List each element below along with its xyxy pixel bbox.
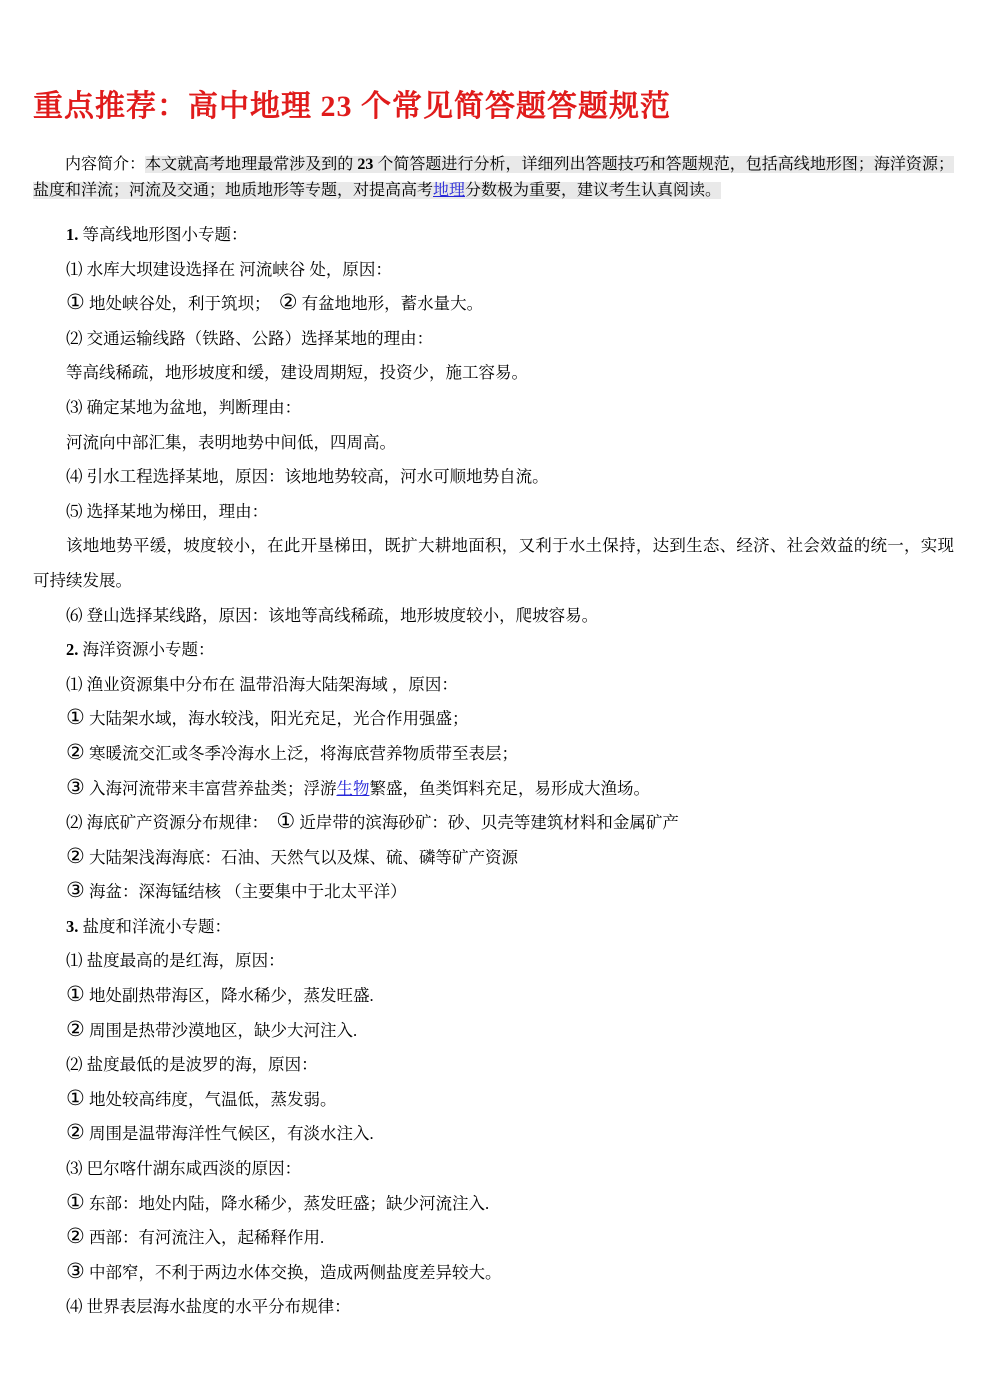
paragraph: ⑴ 渔业资源集中分布在 温带沿海大陆架海域 ，原因：	[33, 668, 954, 703]
paragraph: ② 周围是温带海洋性气候区，有淡水注入.	[33, 1117, 954, 1152]
paragraph: 该地地势平缓，坡度较小，在此开垦梯田，既扩大耕地面积，又利于水土保持，达到生态、…	[33, 529, 954, 598]
text-run: 地处峡谷处，利于筑坝；	[85, 294, 279, 313]
paragraph: ⑹ 登山选择某线路，原因：该地等高线稀疏，地形坡度较小，爬坡容易。	[33, 599, 954, 634]
text-run: 地处副热带海区，降水稀少，蒸发旺盛.	[85, 986, 374, 1005]
text-run: 有盆地地形，蓄水量大。	[298, 294, 484, 313]
text-run: 海盆：深海锰结核 （主要集中于北太平洋）	[85, 882, 407, 901]
circled-number: ②	[66, 1120, 85, 1144]
paragraph: ① 地处峡谷处，利于筑坝； ② 有盆地地形，蓄水量大。	[33, 287, 954, 322]
paragraph: ② 大陆架浅海海底：石油、天然气以及煤、硫、磷等矿产资源	[33, 841, 954, 876]
paragraph: ⑴ 盐度最高的是红海，原因：	[33, 944, 954, 979]
text-run: 23	[357, 156, 373, 173]
paragraph: 1. 等高线地形图小专题：	[33, 218, 954, 253]
text-run: 3.	[66, 917, 78, 936]
paragraph: ⑷ 引水工程选择某地，原因：该地地势较高，河水可顺地势自流。	[33, 460, 954, 495]
paragraph: ② 周围是热带沙漠地区，缺少大河注入.	[33, 1014, 954, 1049]
text-run: 西部：有河流注入，起稀释作用.	[85, 1228, 324, 1247]
text-run: ⑷ 引水工程选择某地，原因：该地地势较高，河水可顺地势自流。	[66, 467, 549, 486]
text-run: 内容简介：	[65, 156, 145, 173]
circled-number: ②	[66, 740, 85, 764]
paragraph: ① 地处较高纬度，气温低，蒸发弱。	[33, 1083, 954, 1118]
paragraph: ② 西部：有河流注入，起稀释作用.	[33, 1221, 954, 1256]
inline-link[interactable]: 生物	[336, 779, 369, 798]
paragraph: ① 大陆架水域，海水较浅，阳光充足，光合作用强盛；	[33, 702, 954, 737]
circled-number: ③	[66, 878, 85, 902]
circled-number: ②	[66, 1224, 85, 1248]
text-run: 等高线稀疏，地形坡度和缓，建设周期短，投资少，施工容易。	[66, 363, 528, 382]
text-run: 1.	[66, 225, 78, 244]
paragraph: 等高线稀疏，地形坡度和缓，建设周期短，投资少，施工容易。	[33, 356, 954, 391]
inline-link[interactable]: 地理	[433, 182, 465, 199]
circled-number: ①	[66, 1086, 85, 1110]
paragraph: 3. 盐度和洋流小专题：	[33, 910, 954, 945]
text-run: 入海河流带来丰富营养盐类；浮游	[85, 779, 337, 798]
text-run: 盐度和洋流小专题：	[78, 917, 231, 936]
text-run: 海洋资源小专题：	[78, 640, 214, 659]
paragraph: ⑵ 交通运输线路（铁路、公路）选择某地的理由：	[33, 322, 954, 357]
text-run: 等高线地形图小专题：	[78, 225, 247, 244]
circled-number: ②	[66, 844, 85, 868]
circled-number: ③	[66, 1259, 85, 1283]
text-run: 分数极为重要，建议考生认真阅读。	[465, 182, 721, 199]
text-run: 大陆架水域，海水较浅，阳光充足，光合作用强盛；	[85, 709, 469, 728]
page-title: 重点推荐：高中地理 23 个常见简答题答题规范	[33, 0, 954, 130]
text-run: 大陆架浅海海底：石油、天然气以及煤、硫、磷等矿产资源	[85, 848, 518, 867]
paragraph: ⑶ 巴尔喀什湖东咸西淡的原因：	[33, 1152, 954, 1187]
paragraph: 河流向中部汇集，表明地势中间低，四周高。	[33, 426, 954, 461]
circled-number: ①	[66, 982, 85, 1006]
text-run: ⑶ 巴尔喀什湖东咸西淡的原因：	[66, 1159, 301, 1178]
paragraph: 2. 海洋资源小专题：	[33, 633, 954, 668]
text-run: 周围是热带沙漠地区，缺少大河注入.	[85, 1021, 357, 1040]
text-run: 本文就高考地理最常涉及到的	[145, 156, 357, 173]
document-page: 重点推荐：高中地理 23 个常见简答题答题规范 内容简介：本文就高考地理最常涉及…	[0, 0, 987, 1325]
text-run: 周围是温带海洋性气候区，有淡水注入.	[85, 1124, 374, 1143]
text-run: ⑴ 水库大坝建设选择在 河流峡谷 处，原因：	[66, 260, 392, 279]
text-run: ⑷ 世界表层海水盐度的水平分布规律：	[66, 1297, 351, 1316]
paragraph: ③ 海盆：深海锰结核 （主要集中于北太平洋）	[33, 875, 954, 910]
text-run: 东部：地处内陆，降水稀少，蒸发旺盛；缺少河流注入.	[85, 1194, 489, 1213]
paragraph: ③ 入海河流带来丰富营养盐类；浮游生物繁盛，鱼类饵料充足，易形成大渔场。	[33, 772, 954, 807]
paragraph: ② 寒暖流交汇或冬季冷海水上泛，将海底营养物质带至表层；	[33, 737, 954, 772]
text-run: ⑸ 选择某地为梯田，理由：	[66, 502, 268, 521]
text-run: 近岸带的滨海砂矿：砂、贝壳等建筑材料和金属矿产	[295, 813, 679, 832]
circled-number: ②	[279, 290, 298, 314]
text-run: 河流向中部汇集，表明地势中间低，四周高。	[66, 433, 396, 452]
text-run: ⑵ 交通运输线路（铁路、公路）选择某地的理由：	[66, 329, 433, 348]
text-run: 2.	[66, 640, 78, 659]
text-run: 寒暖流交汇或冬季冷海水上泛，将海底营养物质带至表层；	[85, 744, 518, 763]
circled-number: ②	[66, 1017, 85, 1041]
paragraph: ⑴ 水库大坝建设选择在 河流峡谷 处，原因：	[33, 253, 954, 288]
paragraph: ① 地处副热带海区，降水稀少，蒸发旺盛.	[33, 979, 954, 1014]
text-run: ⑹ 登山选择某线路，原因：该地等高线稀疏，地形坡度较小，爬坡容易。	[66, 606, 598, 625]
paragraph: ⑸ 选择某地为梯田，理由：	[33, 495, 954, 530]
text-run: 繁盛，鱼类饵料充足，易形成大渔场。	[369, 779, 650, 798]
paragraph: ③ 中部窄，不利于两边水体交换，造成两侧盐度差异较大。	[33, 1256, 954, 1291]
paragraph: ⑵ 海底矿产资源分布规律： ① 近岸带的滨海砂矿：砂、贝壳等建筑材料和金属矿产	[33, 806, 954, 841]
paragraph: ⑵ 盐度最低的是波罗的海，原因：	[33, 1048, 954, 1083]
paragraph: ⑷ 世界表层海水盐度的水平分布规律：	[33, 1290, 954, 1325]
circled-number: ①	[66, 290, 85, 314]
circled-number: ①	[276, 809, 295, 833]
paragraph: ① 东部：地处内陆，降水稀少，蒸发旺盛；缺少河流注入.	[33, 1187, 954, 1222]
text-run: ⑴ 渔业资源集中分布在 温带沿海大陆架海域 ，原因：	[66, 675, 458, 694]
document-body: 1. 等高线地形图小专题：⑴ 水库大坝建设选择在 河流峡谷 处，原因：① 地处峡…	[33, 218, 954, 1325]
text-run: 该地地势平缓，坡度较小，在此开垦梯田，既扩大耕地面积，又利于水土保持，达到生态、…	[33, 536, 954, 590]
intro-paragraph: 内容简介：本文就高考地理最常涉及到的 23 个简答题进行分析，详细列出答题技巧和…	[33, 152, 954, 204]
circled-number: ①	[66, 705, 85, 729]
paragraph: ⑶ 确定某地为盆地，判断理由：	[33, 391, 954, 426]
text-run: ⑵ 盐度最低的是波罗的海，原因：	[66, 1055, 318, 1074]
text-run: 中部窄，不利于两边水体交换，造成两侧盐度差异较大。	[85, 1263, 502, 1282]
circled-number: ①	[66, 1190, 85, 1214]
text-run: ⑴ 盐度最高的是红海，原因：	[66, 951, 285, 970]
text-run: ⑵ 海底矿产资源分布规律：	[66, 813, 276, 832]
circled-number: ③	[66, 775, 85, 799]
text-run: 地处较高纬度，气温低，蒸发弱。	[85, 1090, 337, 1109]
text-run: ⑶ 确定某地为盆地，判断理由：	[66, 398, 301, 417]
